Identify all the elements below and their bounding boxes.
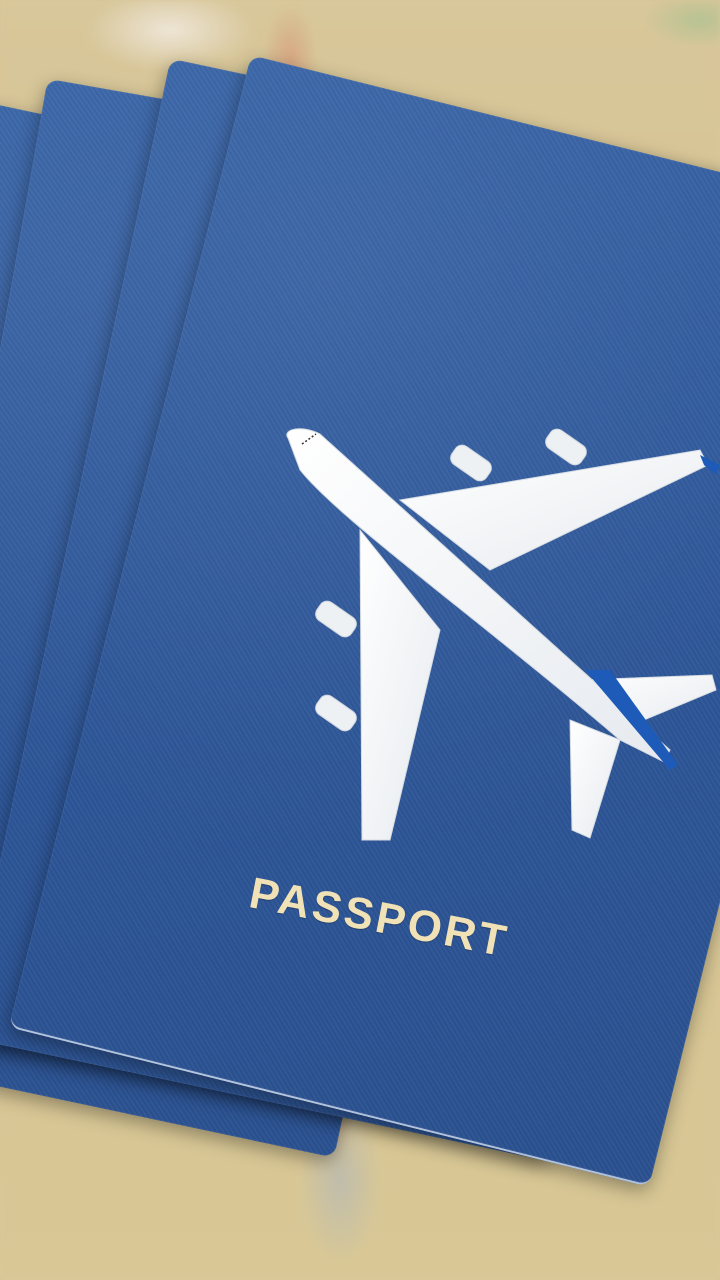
photo-scene: PASSPORT [0,0,720,1280]
toy-airplane-icon [280,420,720,870]
